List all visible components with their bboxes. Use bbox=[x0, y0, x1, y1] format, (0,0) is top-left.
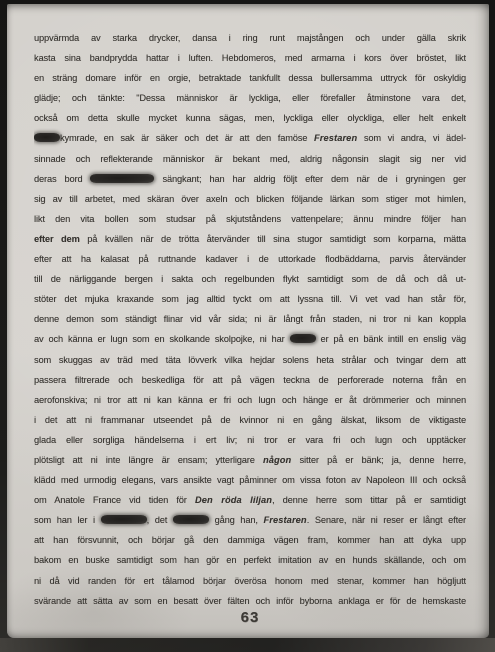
text-line: likt den vita bollen som studsar på skju… bbox=[34, 209, 466, 229]
text-segment: som han ler i bbox=[34, 515, 101, 525]
text-line: uppvärmda av starka drycker, dansa i rin… bbox=[34, 28, 466, 48]
text-line: som han ler i , det gång han, Frestaren.… bbox=[34, 510, 466, 530]
text-segment: stöter det mjuka kraxande som jag alltid… bbox=[34, 294, 466, 304]
text-segment: glada eller sorgliga händelserna i ert l… bbox=[34, 435, 466, 445]
text-segment: . Senare, när ni reser er långt efter bbox=[307, 515, 466, 525]
redaction-mark bbox=[290, 334, 316, 343]
text-line: av och känna er lugn som en skolkande sk… bbox=[34, 329, 466, 349]
text-line: kymrade, en sak är säker och det är att … bbox=[34, 128, 466, 148]
text-segment: , det bbox=[147, 515, 173, 525]
text-segment: om Anatole France vid tiden för bbox=[34, 495, 195, 505]
text-line: stöter det mjuka kraxande som jag alltid… bbox=[34, 289, 466, 309]
scanned-book-page: uppvärmda av starka drycker, dansa i rin… bbox=[0, 0, 495, 652]
text-segment: som vi andra, vi ädel- bbox=[357, 133, 466, 143]
text-segment: på kvällen när de trötta återvänder till… bbox=[80, 234, 466, 244]
text-line: klädd med urmodig elegans, vars ansikte … bbox=[34, 470, 466, 490]
text-line: plötsligt att ni inte längre är ensam; y… bbox=[34, 450, 466, 470]
text-line: efter att ha kalasat på ruttnande kadave… bbox=[34, 249, 466, 269]
text-segment: kasta sina bandprydda hattar i luften. H… bbox=[34, 53, 466, 63]
text-segment: aerofonskiva; ni tror att ni kan känna e… bbox=[34, 395, 466, 405]
text-line: som skuggas av träd med täta lövverk vil… bbox=[34, 350, 466, 370]
text-line: i det att ni frammanar utseendet på de k… bbox=[34, 410, 466, 430]
text-line: till de närliggande bergen i sakta och r… bbox=[34, 269, 466, 289]
text-line: bakom en buske samtidigt som han gör en … bbox=[34, 550, 466, 570]
text-line: ni då vid randen för ert tålamod börjar … bbox=[34, 571, 466, 591]
text-segment: att han försvunnit, och börjar gå den da… bbox=[34, 535, 466, 545]
redaction-mark bbox=[90, 174, 154, 183]
text-segment: passera filtrerade och beskedliga för at… bbox=[34, 375, 466, 385]
text-segment: glädje; och tänkte: "Dessa människor är … bbox=[34, 93, 466, 103]
text-segment: likt den vita bollen som studsar på skju… bbox=[34, 214, 466, 224]
text-segment: Frestaren bbox=[263, 515, 306, 525]
text-line: också om detta skulle mycket kunna sägas… bbox=[34, 108, 466, 128]
text-line: svärande att sätta av som en besatt över… bbox=[34, 591, 466, 611]
redaction-mark bbox=[101, 515, 147, 524]
text-line: kasta sina bandprydda hattar i luften. H… bbox=[34, 48, 466, 68]
text-segment: , denne herre som tittar på er samtidigt bbox=[272, 495, 466, 505]
text-segment: en sträng domare inför en orgie, betrakt… bbox=[34, 73, 466, 83]
text-segment: uppvärmda av starka drycker, dansa i rin… bbox=[34, 33, 466, 43]
text-segment: sig av till arbetet, med skäran över axe… bbox=[34, 194, 466, 204]
text-line: aerofonskiva; ni tror att ni kan känna e… bbox=[34, 390, 466, 410]
text-segment: kymrade, en sak är säker och det är att … bbox=[60, 133, 314, 143]
text-segment: någon bbox=[263, 455, 291, 465]
text-line: efter dem på kvällen när de trötta återv… bbox=[34, 229, 466, 249]
text-segment: sitter på er bänk; ja, denne herre, bbox=[291, 455, 466, 465]
text-line: glada eller sorgliga händelserna i ert l… bbox=[34, 430, 466, 450]
text-segment: bakom en buske samtidigt som han gör en … bbox=[34, 555, 466, 565]
text-line: sinnade och reflekterande människor är b… bbox=[34, 149, 466, 169]
text-segment: svärande att sätta av som en besatt över… bbox=[34, 596, 466, 606]
text-line: passera filtrerade och beskedliga för at… bbox=[34, 370, 466, 390]
text-line: deras bord sängkant; han har aldrig följ… bbox=[34, 169, 466, 189]
text-line: sig av till arbetet, med skäran över axe… bbox=[34, 189, 466, 209]
page-text: uppvärmda av starka drycker, dansa i rin… bbox=[34, 28, 466, 611]
text-line: att han försvunnit, och börjar gå den da… bbox=[34, 530, 466, 550]
text-line: glädje; och tänkte: "Dessa människor är … bbox=[34, 88, 466, 108]
page-number: 63 bbox=[34, 609, 466, 626]
text-segment: gång han, bbox=[209, 515, 264, 525]
paper-sheet: uppvärmda av starka drycker, dansa i rin… bbox=[7, 4, 489, 638]
text-line: om Anatole France vid tiden för Den röda… bbox=[34, 490, 466, 510]
text-segment: sinnade och reflekterande människor är b… bbox=[34, 154, 466, 164]
text-line: denne demon som ständigt flinar vid vår … bbox=[34, 309, 466, 329]
text-segment: plötsligt att ni inte längre är ensam; y… bbox=[34, 455, 263, 465]
text-segment: efter att ha kalasat på ruttnande kadave… bbox=[34, 254, 466, 264]
text-segment: i det att ni frammanar utseendet på de k… bbox=[34, 415, 466, 425]
text-segment: till de närliggande bergen i sakta och r… bbox=[34, 274, 466, 284]
text-segment: efter dem bbox=[34, 234, 80, 244]
text-segment: sängkant; han har aldrig följt efter dem… bbox=[154, 174, 466, 184]
text-segment: ni då vid randen för ert tålamod börjar … bbox=[34, 576, 466, 586]
text-segment: denne demon som ständigt flinar vid vår … bbox=[34, 314, 466, 324]
text-segment: Frestaren bbox=[314, 133, 357, 143]
redaction-mark bbox=[173, 515, 209, 524]
text-segment: som skuggas av träd med täta lövverk vil… bbox=[34, 355, 466, 365]
text-segment: av och känna er lugn som en skolkande sk… bbox=[34, 334, 290, 344]
text-line: en sträng domare inför en orgie, betrakt… bbox=[34, 68, 466, 88]
text-segment: också om detta skulle mycket kunna sägas… bbox=[34, 113, 466, 123]
text-segment: deras bord bbox=[34, 174, 90, 184]
text-segment: er på en bänk intill en enslig väg bbox=[316, 334, 466, 344]
text-segment: Den röda liljan bbox=[195, 495, 272, 505]
redaction-mark bbox=[34, 133, 60, 142]
text-segment: klädd med urmodig elegans, vars ansikte … bbox=[34, 475, 466, 485]
